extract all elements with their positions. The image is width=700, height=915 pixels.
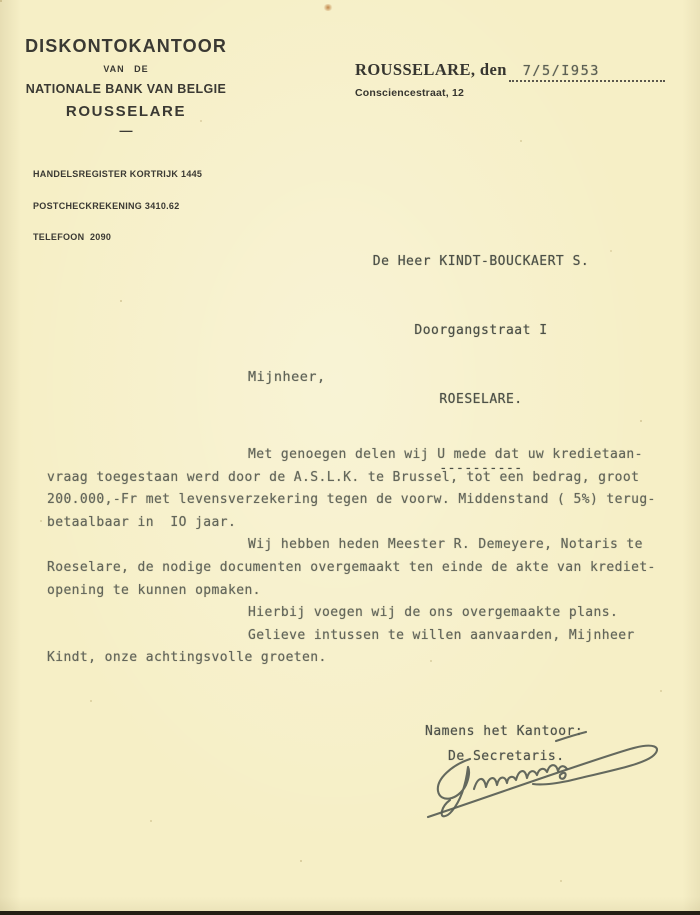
body-line: Gelieve intussen te willen aanvaarden, M…	[248, 625, 683, 648]
body-line: Hierbij voegen wij de ons overgemaakte p…	[248, 602, 683, 625]
letterhead-organization: NATIONALE BANK VAN BELGIE	[18, 82, 234, 96]
letterhead-title: DISKONTOKANTOOR	[18, 36, 234, 57]
typed-date: 7/5/I953	[523, 63, 600, 79]
body-line: Met genoegen delen wij U mede dat uw kre…	[248, 444, 683, 467]
recipient-street: Doorgangstraat I	[352, 319, 610, 342]
body-line: betaalbaar in IO jaar.	[47, 512, 683, 535]
letterhead-details: HANDELSREGISTER KORTRIJK 1445 POSTCHECKR…	[18, 148, 234, 264]
letterhead-subtitle: VAN DE	[18, 64, 234, 74]
body-line: Roeselare, de nodige documenten overgema…	[47, 557, 683, 580]
signature-handwriting	[418, 729, 678, 829]
body-line: vraag toegestaan werd door de A.S.L.K. t…	[47, 467, 683, 490]
body-line: 200.000,-Fr met levensverzekering tegen …	[47, 489, 683, 512]
letter-body: Met genoegen delen wij U mede dat uw kre…	[47, 444, 683, 670]
date-row: ROUSSELARE, den 7/5/I953	[355, 60, 665, 82]
letterhead-divider: —	[18, 123, 234, 138]
paper-stain	[323, 4, 333, 11]
letterhead-postal-account: POSTCHECKREKENING 3410.62	[33, 201, 234, 212]
dateline-street: Consciencestraat, 12	[355, 87, 665, 99]
letterhead: DISKONTOKANTOOR VAN DE NATIONALE BANK VA…	[18, 36, 234, 264]
date-underline: 7/5/I953	[509, 60, 665, 82]
recipient-city: ROESELARE.	[352, 388, 610, 411]
scan-bottom-edge	[0, 911, 700, 915]
dateline: ROUSSELARE, den 7/5/I953 Consciencestraa…	[355, 60, 665, 99]
letterhead-register: HANDELSREGISTER KORTRIJK 1445	[33, 169, 234, 180]
dateline-place-label: ROUSSELARE, den	[355, 60, 507, 80]
letterhead-phone: TELEFOON 2090	[33, 232, 234, 243]
paper-specks	[0, 0, 2, 2]
letterhead-city: ROUSSELARE	[18, 103, 234, 120]
salutation: Mijnheer,	[248, 369, 326, 385]
body-line: Kindt, onze achtingsvolle groeten.	[47, 647, 683, 670]
body-line: Wij hebben heden Meester R. Demeyere, No…	[248, 534, 683, 557]
signature-icon	[418, 729, 678, 829]
recipient-name: De Heer KINDT-BOUCKAERT S.	[352, 250, 610, 273]
letter-document: DISKONTOKANTOOR VAN DE NATIONALE BANK VA…	[0, 0, 700, 915]
body-line: opening te kunnen opmaken.	[47, 580, 683, 603]
